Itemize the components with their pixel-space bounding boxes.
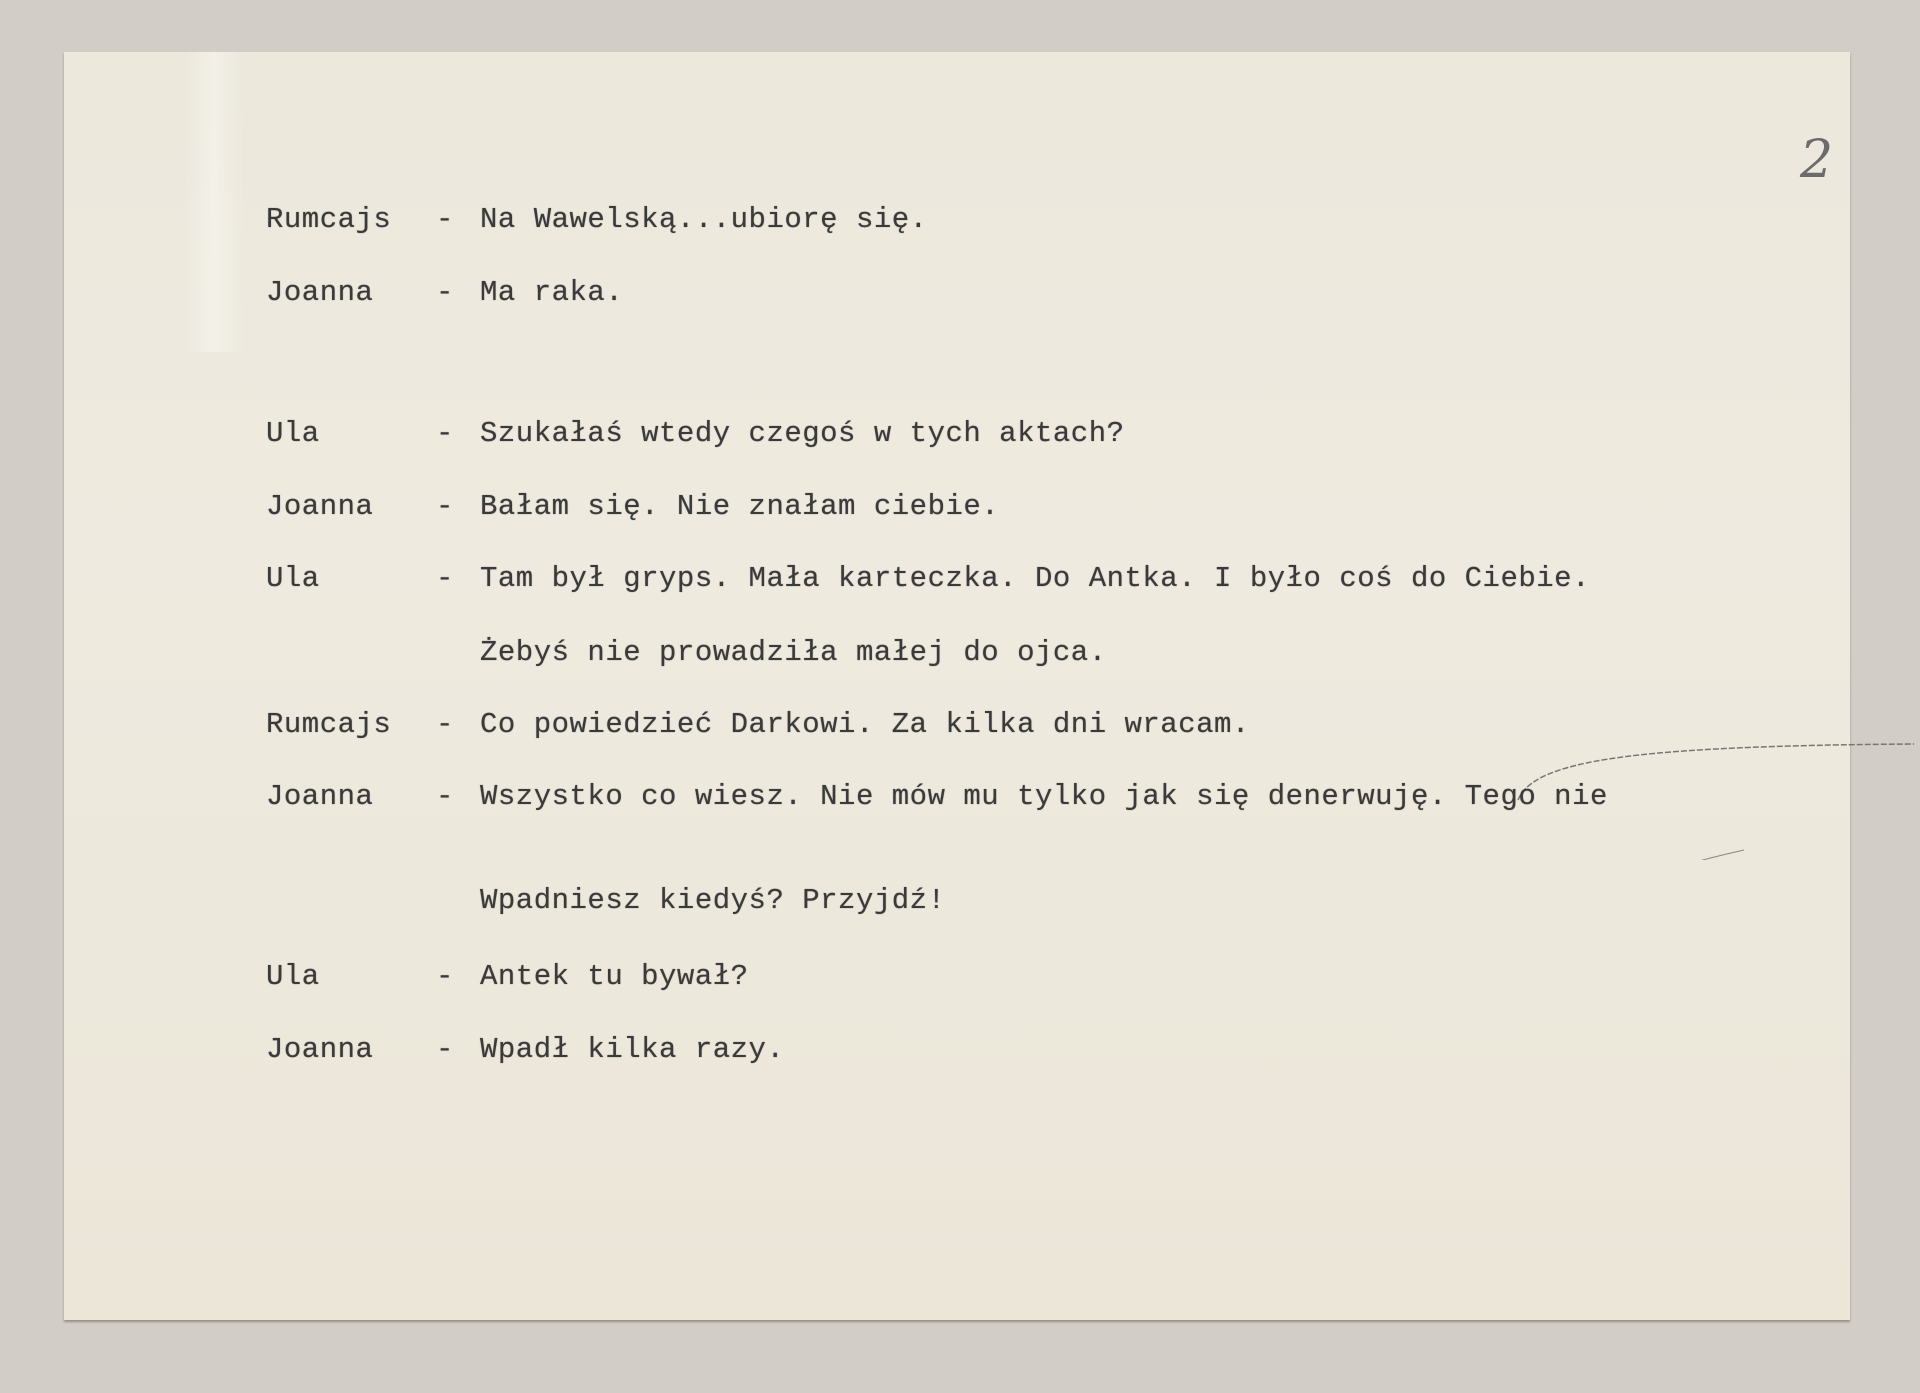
dialogue-continuation: Wpadniesz kiedyś? Przyjdź! xyxy=(266,884,945,917)
speaker-name: Ula xyxy=(266,417,436,450)
speaker-name: Ula xyxy=(266,960,436,993)
dialogue-line: Ula-Szukałaś wtedy czegoś w tych aktach? xyxy=(266,417,1125,450)
speaker-name: Rumcajs xyxy=(266,203,436,236)
dialogue-line: Rumcajs-Na Wawelską...ubiorę się. xyxy=(266,203,928,236)
dialogue-text: Tam był gryps. Mała karteczka. Do Antka.… xyxy=(480,562,1590,595)
dialogue-continuation: Żebyś nie prowadziła małej do ojca. xyxy=(266,636,1107,669)
dialogue-text: Wszystko co wiesz. Nie mów mu tylko jak … xyxy=(480,780,1608,813)
dash: - xyxy=(436,562,480,595)
dialogue-line: Joanna-Ma raka. xyxy=(266,276,623,309)
speaker-name: Ula xyxy=(266,562,436,595)
dash: - xyxy=(436,490,480,523)
dash: - xyxy=(436,780,480,813)
dash: - xyxy=(436,276,480,309)
dialogue-line: Joanna-Wszystko co wiesz. Nie mów mu tyl… xyxy=(266,780,1608,813)
dash: - xyxy=(436,960,480,993)
dash: - xyxy=(436,203,480,236)
typewritten-page: 2 xyxy=(64,52,1850,1320)
speaker-name: Joanna xyxy=(266,780,436,813)
dialogue-text: Wpadł kilka razy. xyxy=(480,1033,784,1066)
speaker-name: Rumcajs xyxy=(266,708,436,741)
dialogue-line: Joanna-Bałam się. Nie znałam ciebie. xyxy=(266,490,999,523)
dash: - xyxy=(436,417,480,450)
speaker-name: Joanna xyxy=(266,276,436,309)
dialogue-line: Joanna-Wpadł kilka razy. xyxy=(266,1033,784,1066)
dialogue-text: Szukałaś wtedy czegoś w tych aktach? xyxy=(480,417,1125,450)
dash: - xyxy=(436,1033,480,1066)
dialogue-line: Rumcajs-Co powiedzieć Darkowi. Za kilka … xyxy=(266,708,1250,741)
dialogue-text: Bałam się. Nie znałam ciebie. xyxy=(480,490,999,523)
dash: - xyxy=(436,708,480,741)
paper-crease xyxy=(184,52,244,352)
dialogue-text: Ma raka. xyxy=(480,276,623,309)
dialogue-text: Co powiedzieć Darkowi. Za kilka dni wrac… xyxy=(480,708,1250,741)
speaker-name: Joanna xyxy=(266,490,436,523)
dialogue-text: Antek tu bywał? xyxy=(480,960,749,993)
page-number: 2 xyxy=(1800,130,1833,190)
speaker-name: Joanna xyxy=(266,1033,436,1066)
dialogue-text: Wpadniesz kiedyś? Przyjdź! xyxy=(480,884,945,917)
dialogue-text: Żebyś nie prowadziła małej do ojca. xyxy=(480,636,1107,669)
dialogue-text: Na Wawelską...ubiorę się. xyxy=(480,203,928,236)
dialogue-line: Ula-Antek tu bywał? xyxy=(266,960,749,993)
dialogue-line: Ula-Tam był gryps. Mała karteczka. Do An… xyxy=(266,562,1590,595)
